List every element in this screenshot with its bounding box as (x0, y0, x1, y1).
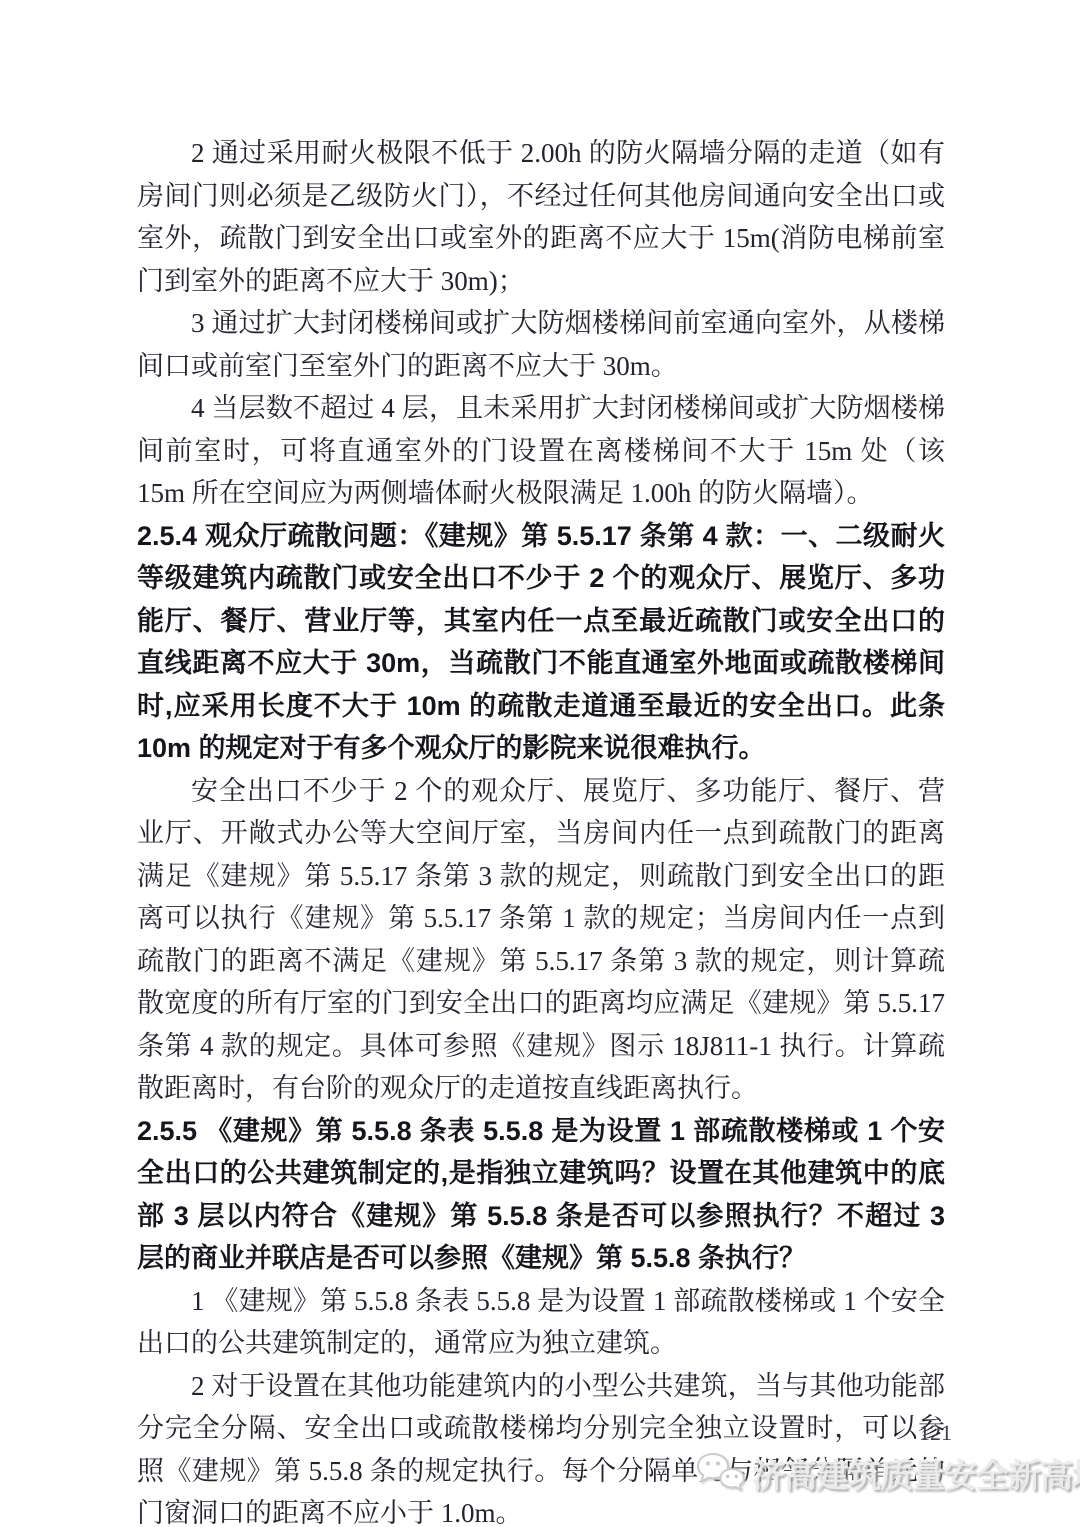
paragraph-answer-2: 2 对于设置在其他功能建筑内的小型公共建筑，当与其他功能部分完全分隔、安全出口或… (137, 1365, 945, 1527)
wechat-icon (696, 1452, 746, 1496)
watermark: 济高建筑质量安全新高地 (696, 1450, 1080, 1497)
section-heading-2-5-5: 2.5.5 《建规》第 5.5.8 条表 5.5.8 是为设置 1 部疏散楼梯或… (137, 1110, 945, 1280)
paragraph-exit-requirements: 安全出口不少于 2 个的观众厅、展览厅、多功能厅、餐厅、营业厅、开敞式办公等大空… (137, 770, 945, 1110)
document-body: 2 通过采用耐火极限不低于 2.00h 的防火隔墙分隔的走道（如有房间门则必须是… (137, 132, 945, 1527)
section-heading-2-5-4: 2.5.4 观众厅疏散问题：《建规》第 5.5.17 条第 4 款：一、二级耐火… (137, 515, 945, 770)
watermark-text: 济高建筑质量安全新高地 (752, 1450, 1080, 1497)
paragraph-answer-1: 1 《建规》第 5.5.8 条表 5.5.8 是为设置 1 部疏散楼梯或 1 个… (137, 1280, 945, 1365)
paragraph-item-2-corridor: 2 通过采用耐火极限不低于 2.00h 的防火隔墙分隔的走道（如有房间门则必须是… (137, 132, 945, 302)
paragraph-item-3-stairwell: 3 通过扩大封闭楼梯间或扩大防烟楼梯间前室通向室外，从楼梯间口或前室门至室外门的… (137, 302, 945, 387)
paragraph-item-4-floors: 4 当层数不超过 4 层，且未采用扩大封闭楼梯间或扩大防烟楼梯间前室时，可将直通… (137, 387, 945, 515)
page-number: 121 (919, 1420, 952, 1446)
